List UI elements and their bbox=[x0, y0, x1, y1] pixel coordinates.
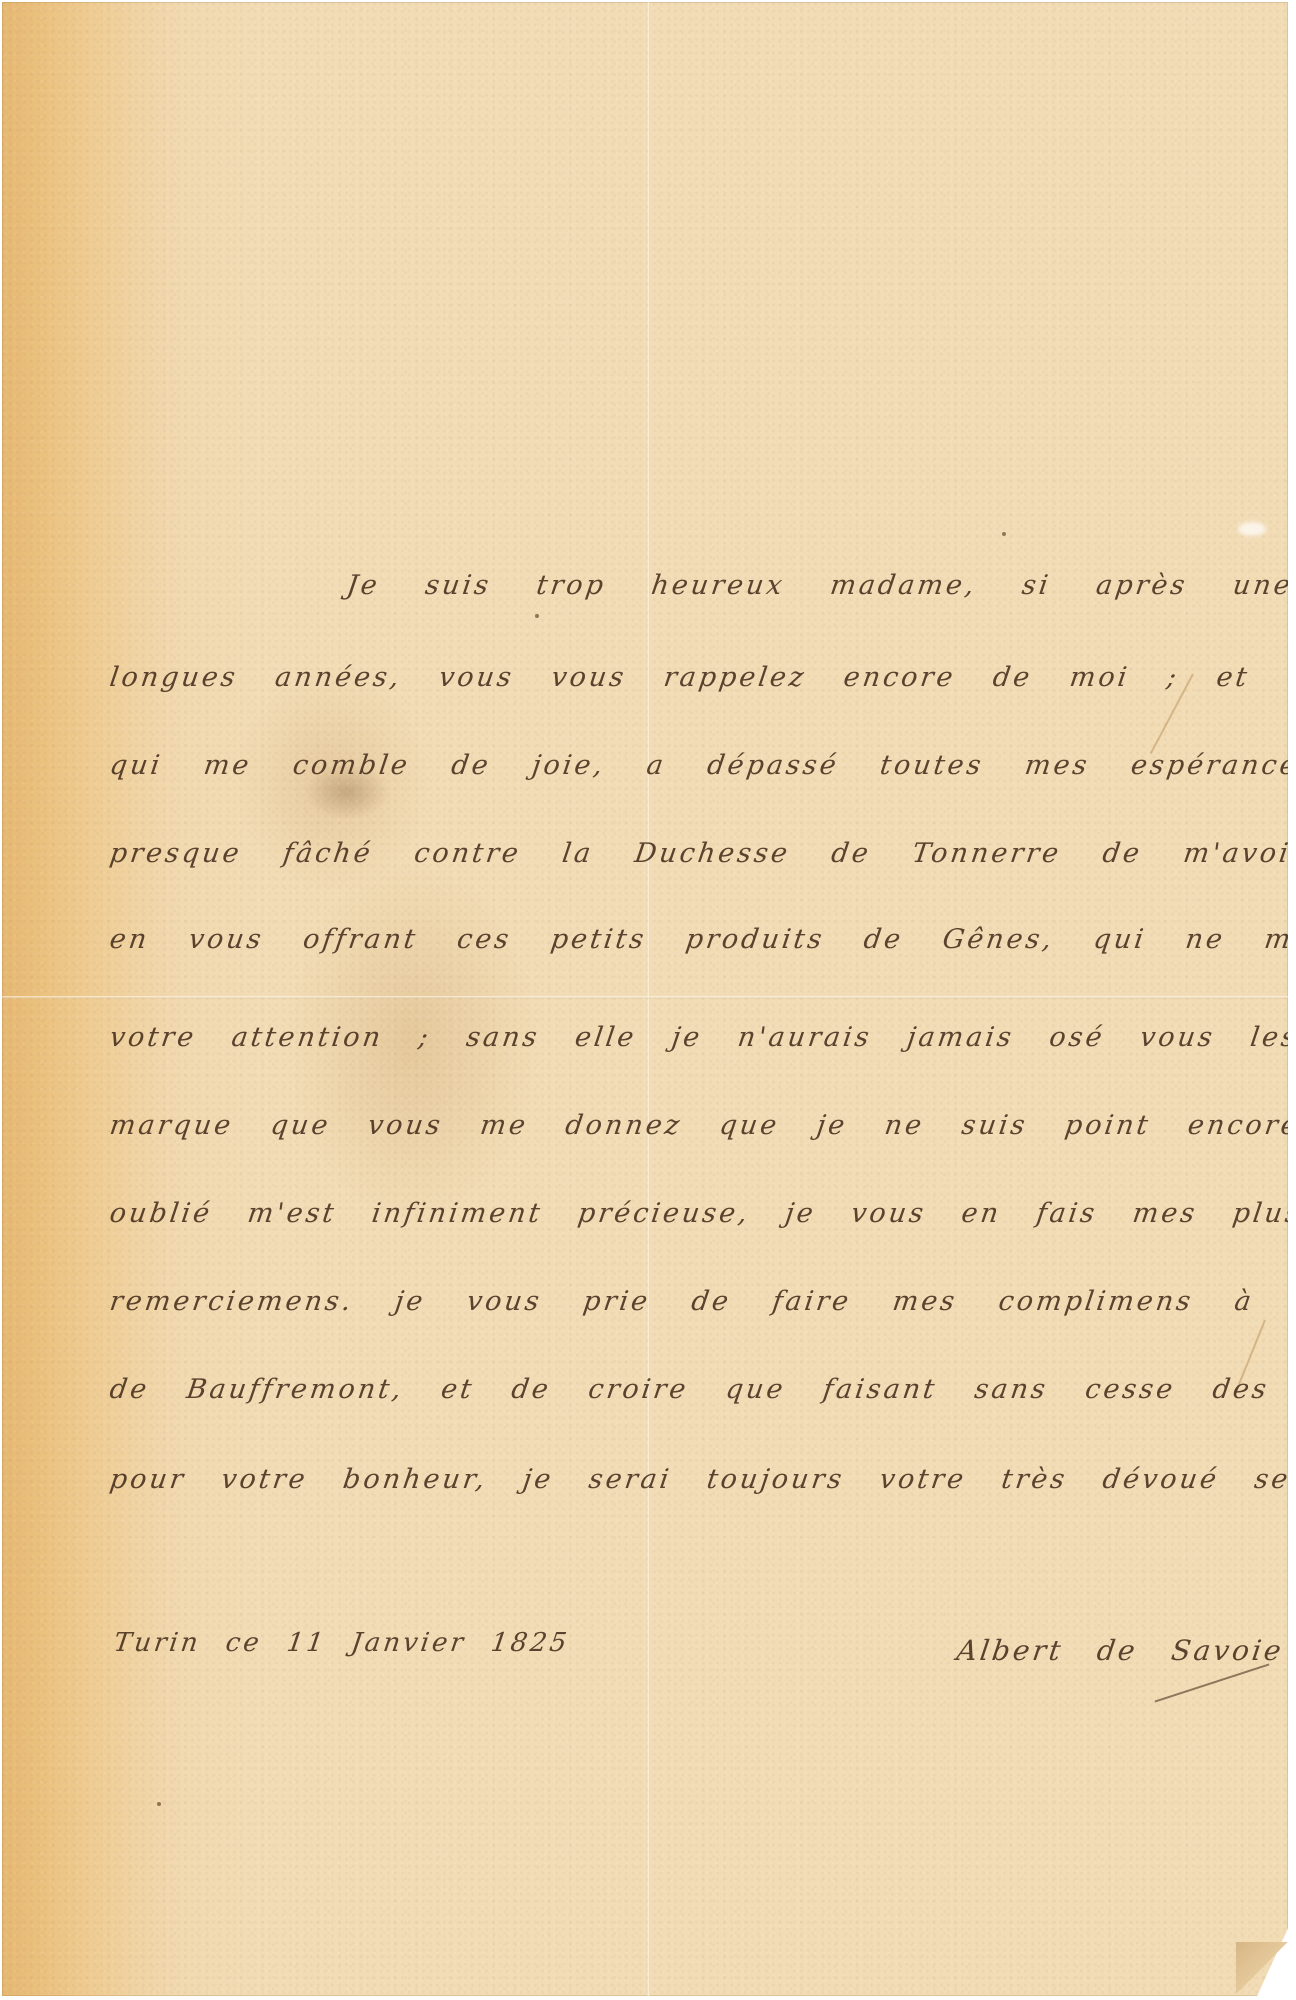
paper-abrasion-mark bbox=[1238, 522, 1266, 536]
signature-flourish bbox=[1155, 1664, 1270, 1703]
letter-line-5: en vous offrant ces petits produits de G… bbox=[108, 924, 1296, 955]
letter-line-4: presque fâché contre la Duchesse de Tonn… bbox=[108, 838, 1296, 869]
letter-paper: Je suis trop heureux madame, si après un… bbox=[2, 2, 1288, 1996]
signature: Albert de Savoie bbox=[955, 1634, 1286, 1667]
letter-line-1: Je suis trop heureux madame, si après un… bbox=[345, 570, 1296, 601]
ink-speck bbox=[1002, 532, 1006, 536]
letter-line-11: pour votre bonheur, je serai toujours vo… bbox=[108, 1464, 1296, 1495]
ink-speck bbox=[157, 1802, 161, 1806]
letter-line-6: votre attention ; sans elle je n'aurais … bbox=[108, 1022, 1296, 1053]
letter-line-3: qui me comble de joie, a dépassé toutes … bbox=[108, 750, 1296, 781]
letter-line-7: marque que vous me donnez que je ne suis… bbox=[108, 1110, 1296, 1141]
letter-line-9: remerciemens. je vous prie de faire mes … bbox=[108, 1286, 1296, 1317]
letter-line-10: de Bauffremont, et de croire que faisant… bbox=[108, 1374, 1296, 1405]
letter-line-8: oublié m'est infiniment précieuse, je vo… bbox=[108, 1198, 1296, 1229]
letter-line-2: longues années, vous vous rappelez encor… bbox=[108, 662, 1296, 693]
vertical-fold-crease bbox=[647, 2, 650, 1996]
ink-speck bbox=[535, 614, 539, 618]
horizontal-fold-crease bbox=[2, 996, 1288, 999]
folded-corner bbox=[1236, 1942, 1288, 1994]
dateline: Turin ce 11 Janvier 1825 bbox=[112, 1628, 572, 1658]
